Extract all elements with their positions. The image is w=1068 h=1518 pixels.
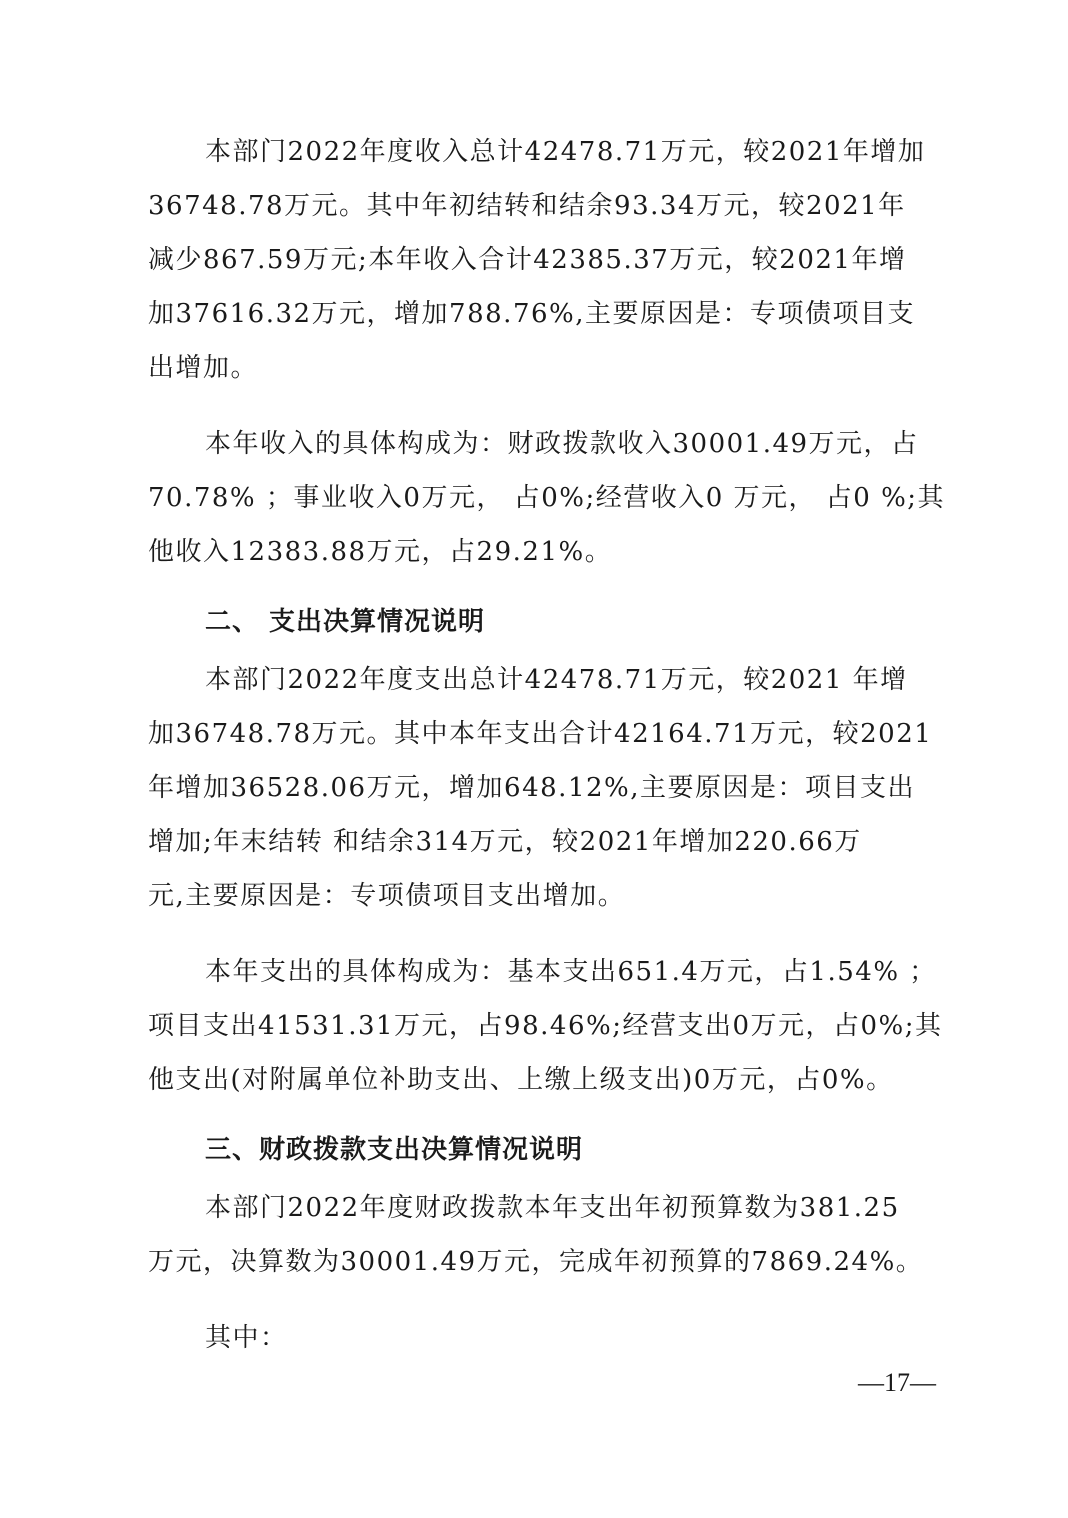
text-line: 他收入12383.88万元，占29.21%。 <box>148 536 938 568</box>
text-line: 本部门2022年度支出总计42478.71万元，较2021 年增 <box>205 664 995 696</box>
text-line: 加36748.78万元。其中本年支出合计42164.71万元，较2021 <box>148 718 938 750</box>
text-line: 出增加。 <box>148 352 938 384</box>
section-heading-expense: 二、 支出决算情况说明 <box>205 606 485 638</box>
text-line: 加37616.32万元，增加788.76%,主要原因是：专项债项目支 <box>148 298 938 330</box>
section-heading-fiscal: 三、财政拨款支出决算情况说明 <box>205 1134 583 1166</box>
document-page: 本部门2022年度收入总计42478.71万元，较2021年增加 36748.7… <box>0 0 1068 1518</box>
text-line: 本年收入的具体构成为：财政拨款收入30001.49万元，占 <box>205 428 995 460</box>
text-line: 70.78% ；事业收入0万元， 占0%;经营收入0 万元， 占0 %;其 <box>148 482 938 514</box>
page-number: —17— <box>858 1367 936 1399</box>
text-line: 本年支出的具体构成为：基本支出651.4万元，占1.54% ； <box>205 956 995 988</box>
text-line: 他支出(对附属单位补助支出、上缴上级支出)0万元，占0%。 <box>148 1064 938 1096</box>
text-line: 增加;年末结转 和结余314万元，较2021年增加220.66万 <box>148 826 938 858</box>
text-line: 万元，决算数为30001.49万元，完成年初预算的7869.24%。 <box>148 1246 938 1278</box>
text-line: 本部门2022年度财政拨款本年支出年初预算数为381.25 <box>205 1192 995 1224</box>
text-line: 其中： <box>205 1322 995 1354</box>
text-line: 36748.78万元。其中年初结转和结余93.34万元，较2021年 <box>148 190 938 222</box>
text-line: 年增加36528.06万元，增加648.12%,主要原因是：项目支出 <box>148 772 938 804</box>
text-line: 减少867.59万元;本年收入合计42385.37万元，较2021年增 <box>148 244 938 276</box>
text-line: 项目支出41531.31万元，占98.46%;经营支出0万元，占0%;其 <box>148 1010 938 1042</box>
text-line: 元,主要原因是：专项债项目支出增加。 <box>148 880 938 912</box>
text-line: 本部门2022年度收入总计42478.71万元，较2021年增加 <box>205 136 995 168</box>
